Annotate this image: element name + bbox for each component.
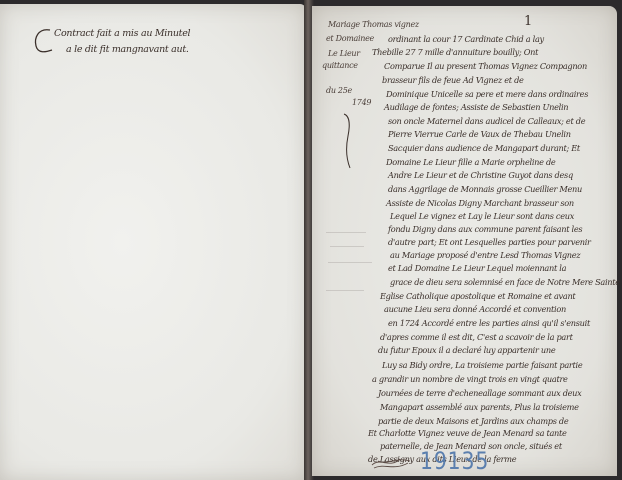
body-line: Comparue Il au present Thomas Vignez Com… — [384, 61, 587, 71]
body-line: Eglise Catholique apostolique et Romaine… — [380, 291, 575, 301]
body-line: Lequel Le vignez et Lay le Lieur sont da… — [390, 211, 574, 221]
body-line: fondu Digny dans aux commune parent fais… — [388, 224, 582, 234]
margin-note-title: Mariage Thomas vignez — [328, 20, 419, 29]
body-line: d'apres comme il est dit, C'est a scavoi… — [380, 332, 573, 342]
body-line: ordinant la cour 17 Cardinate Chid a lay — [388, 34, 544, 44]
body-line: aucune Lieu sera donné Accordé et conven… — [384, 304, 566, 314]
body-line: a grandir un nombre de vingt trois en vi… — [372, 374, 568, 384]
body-line: partie de deux Maisons et Jardins aux ch… — [378, 416, 568, 426]
folio-number: 1 — [524, 14, 532, 29]
bleed-through-mark — [328, 262, 372, 263]
body-line: son oncle Maternel dans audicel de Calle… — [388, 116, 585, 126]
body-line: d'autre part; Et ont Lesquelles parties … — [388, 237, 591, 247]
body-line: Andre Le Lieur et de Christine Guyot dan… — [388, 170, 573, 180]
body-line: brasseur fils de feue Ad Vignez et de — [382, 75, 524, 85]
body-line: et Lad Domaine Le Lieur Lequel moiennant… — [388, 263, 566, 273]
body-line: Mangapart assemblé aux parents, Plus la … — [380, 402, 579, 412]
bleed-through-mark — [330, 246, 364, 247]
body-line: dans Aggrilage de Monnais grosse Cueilli… — [388, 184, 582, 194]
body-line: Luy sa Bidy ordre, La troisieme partie f… — [382, 360, 582, 370]
margin-note-names: et Domainee — [326, 34, 374, 43]
body-line: grace de dieu sera solemnisé en face de … — [390, 277, 620, 287]
body-line: Assiste de Nicolas Digny Marchant brasse… — [386, 198, 574, 208]
margin-note-lelieur: Le Lieur — [328, 49, 360, 58]
brace-flourish-icon — [32, 26, 54, 56]
body-line: Et Charlotte Vignez veuve de Jean Menard… — [368, 428, 567, 438]
body-line: Sacquier dans audience de Mangapart dura… — [388, 143, 580, 153]
body-line: Dominique Unicelle sa pere et mere dans … — [386, 89, 588, 99]
body-line: Journées de terre d'echeneallage sommant… — [378, 388, 581, 398]
margin-note-quittance: quittance — [322, 61, 358, 70]
header-note-line-2: a le dit fit mangnavant aut. — [66, 44, 189, 55]
body-line: Audilage de fontes; Assiste de Sebastien… — [384, 102, 568, 112]
archive-stamp-number: 19135 — [420, 447, 489, 475]
margin-note-year: 1749 — [352, 98, 371, 107]
body-line: en 1724 Accordé entre les parties ainsi … — [388, 318, 590, 328]
margin-bracket-icon — [340, 112, 354, 170]
header-note-line-1: Contract fait a mis au Minutel — [54, 28, 190, 39]
left-page: Contract fait a mis au Minutel a le dit … — [0, 4, 306, 480]
body-line: du futur Epoux il a declaré luy apparten… — [378, 345, 555, 355]
margin-note-date: du 25e — [326, 86, 352, 95]
signature-flourish-icon — [370, 455, 412, 471]
bleed-through-mark — [326, 290, 364, 291]
body-line: au Mariage proposé d'entre Lesd Thomas V… — [390, 250, 580, 260]
body-line: Domaine Le Lieur fille a Marie orpheline… — [386, 157, 555, 167]
bleed-through-mark — [326, 232, 366, 233]
body-line: Pierre Vierrue Carle de Vaux de Thebau U… — [388, 129, 571, 139]
body-line: Thebille 27 7 mille d'annuiture bouilly;… — [372, 47, 538, 57]
